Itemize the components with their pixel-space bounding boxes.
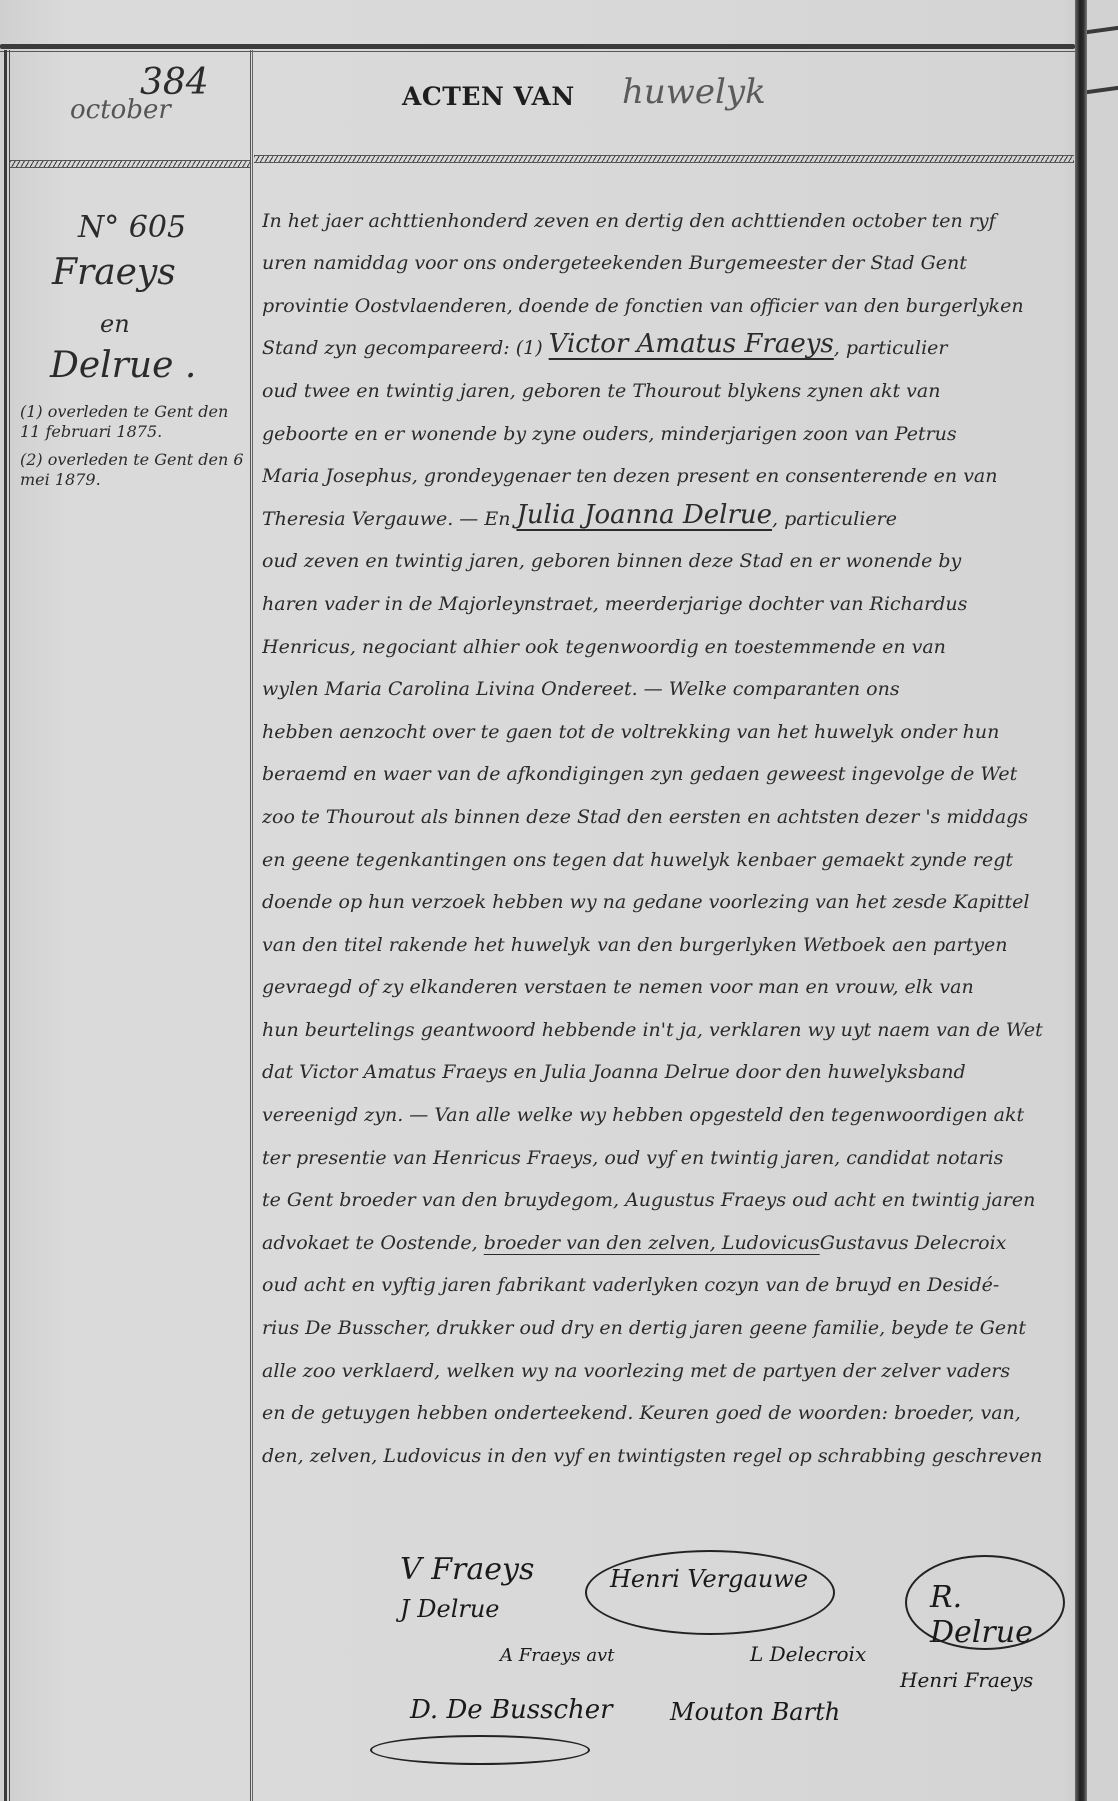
text-line: rius De Busscher, drukker oud dry en der… <box>262 1302 1072 1345</box>
signature-mayor: Mouton Barth <box>670 1698 840 1726</box>
line-text: zoo te Thourout als binnen deze Stad den… <box>262 806 1028 828</box>
text-line: gevraegd of zy elkanderen verstaen te ne… <box>262 962 1072 1005</box>
line-text: haren vader in de Majorleynstraet, meerd… <box>262 593 967 615</box>
line-text: gevraegd of zy elkanderen verstaen te ne… <box>262 976 974 998</box>
line-text: Theresia Vergauwe. — En <box>262 508 510 530</box>
line-text: oud acht en vyftig jaren fabrikant vader… <box>262 1274 999 1296</box>
margin-note-2: (2) overleden te Gent den 6 mei 1879. <box>20 450 245 490</box>
line-text: van den titel rakende het huwelyk van de… <box>262 934 1007 956</box>
signature-groom: V Fraeys <box>400 1552 534 1587</box>
line-text: dat Victor Amatus Fraeys en Julia Joanna… <box>262 1061 966 1083</box>
line-text: oud zeven en twintig jaren, geboren binn… <box>262 550 961 572</box>
text-line: oud twee en twintig jaren, geboren te Th… <box>262 365 1072 408</box>
text-line: beraemd en waer van de afkondigingen zyn… <box>262 749 1072 792</box>
line-text: In het jaer achttienhonderd zeven en der… <box>262 210 996 232</box>
line-text: en de getuygen hebben onderteekend. Keur… <box>262 1402 1021 1424</box>
left-border-rule <box>4 50 10 1801</box>
line-text: en geene tegenkantingen ons tegen dat hu… <box>262 849 1013 871</box>
text-line: Maria Josephus, grondeygenaer ten dezen … <box>262 451 1072 494</box>
text-line: haren vader in de Majorleynstraet, meerd… <box>262 578 1072 621</box>
line-text: , particulier <box>834 337 948 359</box>
line-text: Gustavus Delecroix <box>820 1232 1007 1254</box>
signature-bride: J Delrue <box>400 1595 500 1623</box>
text-line: zoo te Thourout als binnen deze Stad den… <box>262 791 1072 834</box>
text-line: vereenigd zyn. — Van alle welke wy hebbe… <box>262 1089 1072 1132</box>
line-text: oud twee en twintig jaren, geboren te Th… <box>262 380 940 402</box>
margin-note-1: (1) overleden te Gent den 11 februari 18… <box>20 402 245 442</box>
signature-flourish <box>370 1735 590 1765</box>
underlined-correction: broeder van den zelven, Ludovicus <box>484 1232 820 1254</box>
line-text: advokaet te Oostende, <box>262 1232 478 1254</box>
line-text: hun beurtelings geantwoord hebbende in't… <box>262 1019 1043 1041</box>
signature-block: V Fraeys J Delrue Henri Vergauwe R. Delr… <box>370 1550 1070 1790</box>
line-text: provintie Oostvlaenderen, doende de fonc… <box>262 295 1024 317</box>
text-line: provintie Oostvlaenderen, doende de fonc… <box>262 280 1072 323</box>
signature-witness: L Delecroix <box>750 1642 866 1666</box>
line-text: Maria Josephus, grondeygenaer ten dezen … <box>262 465 998 487</box>
line-text: Stand zyn gecompareerd: (1) <box>262 337 543 359</box>
text-line: van den titel rakende het huwelyk van de… <box>262 919 1072 962</box>
line-text: uren namiddag voor ons ondergeteekenden … <box>262 252 967 274</box>
adjacent-page-edge <box>1087 0 1118 1801</box>
margin-wavy-divider <box>10 160 250 168</box>
line-text: hebben aenzocht over te gaen tot de volt… <box>262 721 999 743</box>
text-line: en de getuygen hebben onderteekend. Keur… <box>262 1388 1072 1431</box>
bride-name: Julia Joanna Delrue <box>517 500 773 530</box>
text-line: wylen Maria Carolina Livina Ondereet. — … <box>262 664 1072 707</box>
top-border-rule <box>0 44 1075 49</box>
note-text: overleden te Gent den 6 mei 1879. <box>20 450 244 489</box>
note-marker: (1) <box>20 402 43 421</box>
line-text: Henricus, negociant alhier ook tegenwoor… <box>262 636 946 658</box>
line-text: ter presentie van Henricus Fraeys, oud v… <box>262 1147 1003 1169</box>
text-line: Henricus, negociant alhier ook tegenwoor… <box>262 621 1072 664</box>
header-wavy-divider <box>254 155 1074 163</box>
text-line: alle zoo verklaerd, welken wy na voorlez… <box>262 1345 1072 1388</box>
signature-witness: Henri Vergauwe <box>610 1565 808 1593</box>
groom-name: Victor Amatus Fraeys <box>549 329 834 359</box>
note-text: overleden te Gent den 11 februari 1875. <box>20 402 228 441</box>
note-marker: (2) <box>20 450 43 469</box>
text-line: hebben aenzocht over te gaen tot de volt… <box>262 706 1072 749</box>
text-line: dat Victor Amatus Fraeys en Julia Joanna… <box>262 1047 1072 1090</box>
text-line: oud acht en vyftig jaren fabrikant vader… <box>262 1260 1072 1303</box>
bride-surname: Delrue . <box>50 345 196 386</box>
signature-witness: D. De Busscher <box>410 1695 613 1725</box>
text-line: doende op hun verzoek hebben wy na gedan… <box>262 877 1072 920</box>
line-text: doende op hun verzoek hebben wy na gedan… <box>262 891 1029 913</box>
top-border-rule-thin <box>0 51 1075 52</box>
text-line: In het jaer achttienhonderd zeven en der… <box>262 195 1072 238</box>
line-text: rius De Busscher, drukker oud dry en der… <box>262 1317 1026 1339</box>
text-line: Stand zyn gecompareerd: (1) Victor Amatu… <box>262 323 1072 366</box>
groom-surname: Fraeys <box>52 252 176 293</box>
printed-title: ACTEN VAN <box>402 82 575 111</box>
text-line: uren namiddag voor ons ondergeteekenden … <box>262 238 1072 281</box>
book-spine <box>1075 0 1087 1801</box>
text-line: en geene tegenkantingen ons tegen dat hu… <box>262 834 1072 877</box>
month-label: october <box>70 95 171 125</box>
text-line: ter presentie van Henricus Fraeys, oud v… <box>262 1132 1072 1175</box>
line-text: wylen Maria Carolina Livina Ondereet. — … <box>262 678 900 700</box>
text-line: oud zeven en twintig jaren, geboren binn… <box>262 536 1072 579</box>
text-line: hun beurtelings geantwoord hebbende in't… <box>262 1004 1072 1047</box>
act-body: In het jaer achttienhonderd zeven en der… <box>262 195 1072 1473</box>
signature-father: R. Delrue <box>930 1580 1070 1650</box>
text-line: Theresia Vergauwe. — En Julia Joanna Del… <box>262 493 1072 536</box>
line-text: , particuliere <box>772 508 897 530</box>
text-line: den, zelven, Ludovicus in den vyf en twi… <box>262 1430 1072 1473</box>
act-number: N° 605 <box>78 210 186 245</box>
line-text: te Gent broeder van den bruydegom, Augus… <box>262 1189 1035 1211</box>
text-line: geboorte en er wonende by zyne ouders, m… <box>262 408 1072 451</box>
text-line: te Gent broeder van den bruydegom, Augus… <box>262 1175 1072 1218</box>
margin-conjunction: en <box>100 310 130 338</box>
line-text: geboorte en er wonende by zyne ouders, m… <box>262 423 957 445</box>
line-text: vereenigd zyn. — Van alle welke wy hebbe… <box>262 1104 1024 1126</box>
text-line: advokaet te Oostende, broeder van den ze… <box>262 1217 1072 1260</box>
record-type: huwelyk <box>622 72 766 112</box>
column-divider <box>250 50 253 1801</box>
signature-witness: A Fraeys avt <box>500 1645 614 1666</box>
line-text: beraemd en waer van de afkondigingen zyn… <box>262 763 1017 785</box>
line-text: den, zelven, Ludovicus in den vyf en twi… <box>262 1445 1042 1467</box>
signature-witness: Henri Fraeys <box>900 1668 1033 1692</box>
register-page: 384 october ACTEN VAN huwelyk N° 605 Fra… <box>0 0 1118 1801</box>
line-text: alle zoo verklaerd, welken wy na voorlez… <box>262 1360 1010 1382</box>
